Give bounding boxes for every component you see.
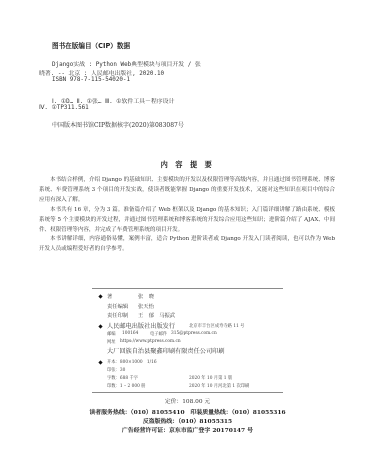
cip-book-title-line: Django实战 : Python Web典型模块与项目开发 / 张 [52,59,201,68]
bullet-icon [98,360,102,364]
cip-author-publisher-line: 晓著. -- 北京 : 人民邮电出版社, 2020.10 [39,68,164,77]
imprint-top-rule [92,288,283,289]
author-label: 著 [107,292,112,300]
advertising-license: 广告经营许可证：京东市监广登字 20170147 号 [0,425,375,434]
service-hotlines: 读者服务热线：（010）81055410 印装质量热线：（010）8105531… [0,407,375,416]
cip-classification-line-1: Ⅰ. ①D… Ⅱ. ①张… Ⅲ. ①软件工具－程序设计 [52,96,174,105]
print-manager-names: 王 郁 马振武 [138,311,175,319]
price: 定价：108.00 元 [0,396,375,405]
cip-record-number: 中国版本图书馆CIP数据核字(2020)第083087号 [52,120,184,129]
email-value: 315@ptpress.com.cn [171,331,217,336]
printing-info: 2020 年 10 月河北第 1 次印刷 [189,383,249,389]
publisher-address: 北京市丰台区成寿寺路 11 号 [189,323,244,329]
url-label: 网址 [107,339,116,345]
email-label: 电子邮件 [150,331,167,337]
summary-paragraph: 本书共有 16 章，分为 3 篇。准备篇介绍了 Web 框架以及 Django … [39,206,335,236]
editor-name: 张天怡 [138,302,154,310]
book-format: 开本：800×1000 1/16 [107,359,157,365]
summary-body: 本书结合样例，介绍 Django 的基础知识、主要模块的开发以及权限管理等高级内… [39,176,335,255]
summary-heading: 内 容 提 要 [0,160,375,170]
print-sheets: 印张：30 [107,367,125,373]
edition-info: 2020 年 10 月第 1 版 [189,375,232,381]
url-value: https://www.ptpress.com.cn [120,339,181,344]
word-count: 字数：688 千字 [107,375,138,381]
summary-paragraph: 本书结合样例，介绍 Django 的基础知识、主要模块的开发以及权限管理等高级内… [39,176,335,206]
author-name: 张 晓 [138,292,154,300]
summary-paragraph: 本书讲解详细，内容通俗易懂，案例丰富，适合 Python 进阶读者或 Djang… [39,235,335,255]
cip-classification-line-2: Ⅳ. ①TP311.561 [39,105,89,111]
cip-isbn: ISBN 978-7-115-54020-1 [52,77,130,83]
publisher-name: 人民邮电出版社出版发行 [107,321,175,330]
bullet-icon [98,294,102,298]
print-manager-label: 责任印制 [107,311,128,319]
cip-title: 图书在版编目（CIP）数据 [52,40,130,50]
editor-label: 责任编辑 [107,302,128,310]
postcode-value: 100164 [122,331,138,336]
print-run: 印数：1 – 2 000 册 [107,383,145,389]
bullet-icon [98,324,102,328]
postcode-label: 邮编 [107,331,116,337]
anti-piracy-hotline: 反盗版热线：（010）81055315 [0,416,375,425]
imprint-bottom-rule [92,392,283,393]
printer-name: 大厂回族自治县聚鑫印刷有限责任公司印刷 [107,346,225,355]
